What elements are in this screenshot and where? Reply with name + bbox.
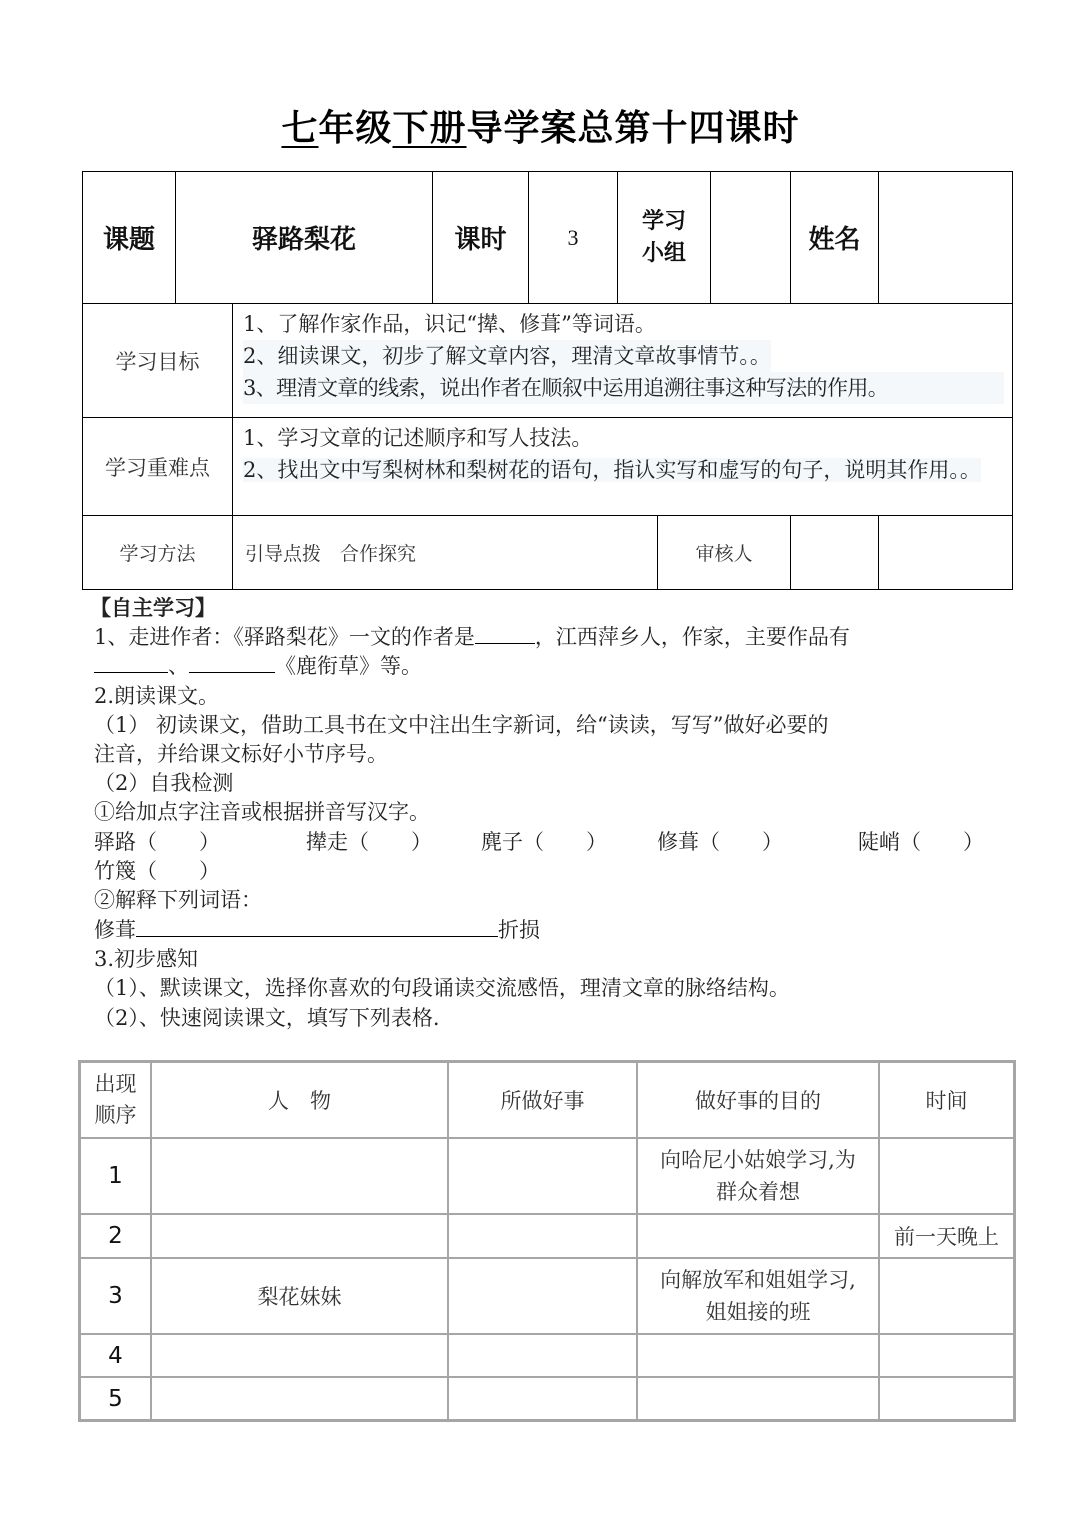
pinyin-item: 麂子（ ） bbox=[481, 828, 607, 857]
goals-label: 学习目标 bbox=[83, 304, 233, 418]
pinyin-answer-field[interactable]: （ ） bbox=[136, 830, 220, 854]
question-3-1: （1）、默读课文，选择你喜欢的句段诵读交流感悟，理清文章的脉络结构。 bbox=[94, 974, 1014, 1003]
explain-word: 修葺 bbox=[94, 918, 136, 942]
separator: 、 bbox=[168, 654, 189, 678]
pinyin-row-2: 竹篾（ ） bbox=[94, 857, 1014, 886]
row-order: 2 bbox=[80, 1214, 151, 1258]
topic-value: 驿路梨花 bbox=[176, 172, 433, 304]
row-deed-field[interactable] bbox=[448, 1138, 637, 1214]
pinyin-item: 撵走（ ） bbox=[306, 828, 432, 857]
pinyin-answer-field[interactable]: （ ） bbox=[523, 830, 607, 854]
row-purpose-field[interactable] bbox=[637, 1214, 879, 1258]
purpose-line2: 姐姐接的班 bbox=[638, 1296, 878, 1328]
method-label: 学习方法 bbox=[83, 516, 233, 590]
row-order: 1 bbox=[80, 1138, 151, 1214]
row-purpose: 向解放军和姐姐学习, 姐姐接的班 bbox=[637, 1258, 879, 1334]
header-order: 出现 顺序 bbox=[80, 1062, 151, 1138]
pinyin-item: 陡峭（ ） bbox=[858, 828, 984, 857]
pinyin-answer-field[interactable]: （ ） bbox=[136, 859, 220, 883]
characters-table: 出现 顺序 人 物 所做好事 做好事的目的 时间 1 向哈尼小姑娘学习,为 群众… bbox=[78, 1060, 1016, 1422]
group-value-field[interactable] bbox=[711, 172, 791, 304]
pinyin-word: 修葺 bbox=[657, 830, 699, 854]
question-2-2-a: ①给加点字注音或根据拼音写汉字。 bbox=[94, 798, 1014, 827]
name-label: 姓名 bbox=[791, 172, 879, 304]
explain-word: 折损 bbox=[498, 918, 540, 942]
pinyin-answer-field[interactable]: （ ） bbox=[348, 830, 432, 854]
period-value: 3 bbox=[529, 172, 618, 304]
header-person: 人 物 bbox=[151, 1062, 448, 1138]
extra-field[interactable] bbox=[879, 516, 1013, 590]
pinyin-word: 驿路 bbox=[94, 830, 136, 854]
goals-content: 1、了解作家作品，识记“撵、修葺”等词语。 2、细读课文，初步了解文章内容，理清… bbox=[233, 304, 1013, 418]
pinyin-answer-field[interactable]: （ ） bbox=[699, 830, 783, 854]
question-3-title: 3.初步感知 bbox=[94, 945, 1014, 974]
title-grade-blank: 七 bbox=[281, 107, 318, 149]
explain-blank[interactable] bbox=[136, 915, 498, 937]
row-purpose-field[interactable] bbox=[637, 1334, 879, 1377]
row-purpose: 向哈尼小姑娘学习,为 群众着想 bbox=[637, 1138, 879, 1214]
row-person: 梨花妹妹 bbox=[151, 1258, 448, 1334]
pinyin-item: 驿路（ ） bbox=[94, 828, 220, 857]
purpose-line1: 向解放军和姐姐学习, bbox=[638, 1264, 878, 1296]
difficulty-content: 1、学习文章的记述顺序和写人技法。 2、找出文中写梨树林和梨树花的语句，指认实写… bbox=[233, 418, 1013, 516]
author-blank[interactable] bbox=[475, 625, 535, 644]
goal-item: 3、理清文章的线索，说出作者在顺叙中运用追溯往事这种写法的作用。 bbox=[243, 372, 1004, 404]
group-label-line1: 学习 bbox=[618, 206, 710, 238]
row-deed-field[interactable] bbox=[448, 1214, 637, 1258]
period-label: 课时 bbox=[433, 172, 529, 304]
work-blank-1[interactable] bbox=[94, 654, 168, 673]
question-2-1-cont: 注音，并给课文标好小节序号。 bbox=[94, 740, 1014, 769]
table-header-row: 出现 顺序 人 物 所做好事 做好事的目的 时间 bbox=[80, 1062, 1014, 1138]
row-person-field[interactable] bbox=[151, 1377, 448, 1420]
row-time-field[interactable] bbox=[879, 1377, 1014, 1420]
group-label-line2: 小组 bbox=[618, 238, 710, 270]
method-value: 引导点拨 合作探究 bbox=[233, 516, 658, 590]
question-1-line2: 、《鹿衔草》等。 bbox=[94, 652, 1014, 681]
header-deed: 所做好事 bbox=[448, 1062, 637, 1138]
reviewer-value-field[interactable] bbox=[791, 516, 879, 590]
pinyin-word: 麂子 bbox=[481, 830, 523, 854]
pinyin-word: 陡峭 bbox=[858, 830, 900, 854]
question-2-2-b: ②解释下列词语： bbox=[94, 886, 1014, 915]
title-grade-suffix: 年级 bbox=[318, 107, 392, 149]
row-deed-field[interactable] bbox=[448, 1334, 637, 1377]
difficulty-item: 1、学习文章的记述顺序和写人技法。 bbox=[243, 422, 1004, 454]
reviewer-label: 审核人 bbox=[658, 516, 791, 590]
title-volume-blank: 下册 bbox=[393, 107, 467, 149]
table-row: 4 bbox=[80, 1334, 1014, 1377]
page-title: 七年级下册导学案总第十四课时 bbox=[0, 100, 1081, 151]
goal-item: 2、细读课文，初步了解文章内容，理清文章故事情节。。 bbox=[243, 340, 771, 372]
row-order: 4 bbox=[80, 1334, 151, 1377]
row-order: 3 bbox=[80, 1258, 151, 1334]
header-purpose: 做好事的目的 bbox=[637, 1062, 879, 1138]
q1-text: 1、走进作者：《驿路梨花》一文的作者是 bbox=[94, 625, 475, 649]
q1-text-cont: ，江西萍乡人，作家，主要作品有 bbox=[535, 625, 850, 649]
pinyin-word: 竹篾 bbox=[94, 859, 136, 883]
header-order-line1: 出现 bbox=[81, 1069, 150, 1100]
difficulty-label: 学习重难点 bbox=[83, 418, 233, 516]
row-time: 前一天晚上 bbox=[879, 1214, 1014, 1258]
explain-row: 修葺折损 bbox=[94, 915, 1014, 945]
question-3-2: （2）、快速阅读课文，填写下列表格. bbox=[94, 1004, 1014, 1033]
title-rest: 导学案总第十四课时 bbox=[467, 107, 800, 149]
difficulty-text: 2、找出文中写梨树林和梨树花的语句，指认实写和虚写的句子，说明其作用。。 bbox=[243, 458, 981, 482]
question-2-2-title: （2）自我检测 bbox=[94, 769, 1014, 798]
row-person-field[interactable] bbox=[151, 1214, 448, 1258]
question-1: 1、走进作者：《驿路梨花》一文的作者是，江西萍乡人，作家，主要作品有 bbox=[94, 623, 1014, 652]
topic-label: 课题 bbox=[83, 172, 176, 304]
pinyin-row-1: 驿路（ ） 撵走（ ） 麂子（ ） 修葺（ ） 陡峭（ ） bbox=[94, 828, 1014, 857]
pinyin-answer-field[interactable]: （ ） bbox=[900, 830, 984, 854]
question-2-title: 2.朗读课文。 bbox=[94, 682, 1014, 711]
pinyin-word: 撵走 bbox=[306, 830, 348, 854]
pinyin-item: 修葺（ ） bbox=[657, 828, 783, 857]
row-deed-field[interactable] bbox=[448, 1258, 637, 1334]
row-time-field[interactable] bbox=[879, 1258, 1014, 1334]
row-purpose-field[interactable] bbox=[637, 1377, 879, 1420]
difficulty-item: 2、找出文中写梨树林和梨树花的语句，指认实写和虚写的句子，说明其作用。。 bbox=[243, 454, 1004, 486]
section-title: 【自主学习】 bbox=[90, 594, 1014, 623]
table-row: 3 梨花妹妹 向解放军和姐姐学习, 姐姐接的班 bbox=[80, 1258, 1014, 1334]
work-blank-2[interactable] bbox=[189, 654, 275, 673]
row-person-field[interactable] bbox=[151, 1334, 448, 1377]
q1-line2-end: 《鹿衔草》等。 bbox=[275, 654, 422, 678]
purpose-line1: 向哈尼小姑娘学习,为 bbox=[638, 1144, 878, 1176]
row-time-field[interactable] bbox=[879, 1138, 1014, 1214]
table-row: 2 前一天晚上 bbox=[80, 1214, 1014, 1258]
name-value-field[interactable] bbox=[879, 172, 1013, 304]
header-order-line2: 顺序 bbox=[81, 1100, 150, 1131]
row-order: 5 bbox=[80, 1377, 151, 1420]
lesson-info-table: 课题 驿路梨花 课时 3 学习 小组 姓名 学习目标 1、了解作家作品，识记“撵… bbox=[82, 171, 1013, 590]
row-deed-field[interactable] bbox=[448, 1377, 637, 1420]
group-label: 学习 小组 bbox=[618, 172, 711, 304]
purpose-line2: 群众着想 bbox=[638, 1176, 878, 1208]
header-time: 时间 bbox=[879, 1062, 1014, 1138]
table-row: 5 bbox=[80, 1377, 1014, 1420]
goal-item: 1、了解作家作品，识记“撵、修葺”等词语。 bbox=[243, 308, 1004, 340]
self-study-section: 【自主学习】 1、走进作者：《驿路梨花》一文的作者是，江西萍乡人，作家，主要作品… bbox=[94, 594, 1014, 1033]
table-row: 1 向哈尼小姑娘学习,为 群众着想 bbox=[80, 1138, 1014, 1214]
row-person-field[interactable] bbox=[151, 1138, 448, 1214]
question-2-1: （1） 初读课文，借助工具书在文中注出生字新词，给“读读，写写”做好必要的 bbox=[94, 711, 1014, 740]
row-time-field[interactable] bbox=[879, 1334, 1014, 1377]
